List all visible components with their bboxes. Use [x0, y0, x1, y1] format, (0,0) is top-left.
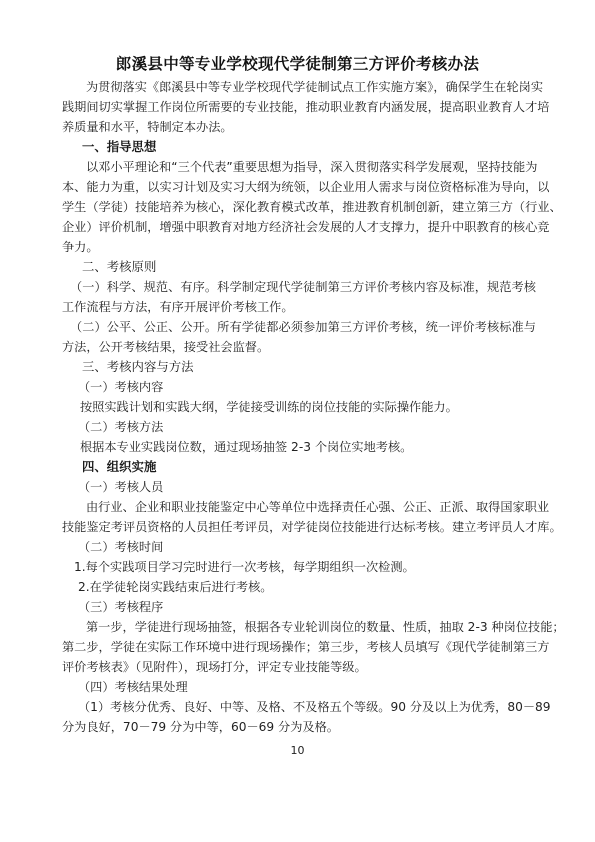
section3-sub2-title: （二）考核方法: [78, 417, 544, 437]
section4-sub3-line-1: 第一步，学徒进行现场抽签，根据各专业轮训岗位的数量、性质，抽取 2-3 种岗位技…: [86, 617, 536, 637]
section1-line-4: 企业）评价机制，增强中职教育对地方经济社会发展的人才支撑力，提升中职教育的核心竞: [62, 217, 536, 237]
section4-sub4-title: （四）考核结果处理: [78, 677, 544, 697]
document-title: 郎溪县中等专业学校现代学徒制第三方评价考核办法: [0, 52, 595, 74]
intro-line-1: 为贯彻落实《郎溪县中等专业学校现代学徒制试点工作实施方案》，确保学生在轮岗实: [86, 77, 536, 97]
intro-line-2: 践期间切实掌握工作岗位所需要的专业技能，推动职业教育内涵发展，提高职业教育人才培: [62, 97, 536, 117]
section3-sub2-text: 根据本专业实践岗位数，通过现场抽签 2-3 个岗位实地考核。: [80, 437, 554, 457]
intro-line-3: 养质量和水平，特制定本办法。: [62, 117, 536, 137]
section2-item2-line-1: （二）公平、公正、公开。所有学徒都必须参加第三方评价考核，统一评价考核标准与: [70, 317, 536, 337]
section4-sub3-line-2: 第二步，学徒在实际工作环境中进行现场操作；第三步，考核人员填写《现代学徒制第三方: [62, 637, 536, 657]
section-heading-implementation: 四、组织实施: [82, 457, 156, 477]
section3-sub1-text: 按照实践计划和实践大纲，学徒接受训练的岗位技能的实际操作能力。: [80, 397, 554, 417]
section4-sub4-line-2: 分为良好，70－79 分为中等，60－69 分为及格。: [62, 717, 536, 737]
section2-item2-line-2: 方法，公开考核结果，接受社会监督。: [62, 337, 536, 357]
section-heading-guiding-ideology: 一、指导思想: [82, 137, 156, 157]
section2-item1-line-1: （一）科学、规范、有序。科学制定现代学徒制第三方评价考核内容及标准，规范考核: [70, 277, 536, 297]
section4-sub1-line-1: 由行业、企业和职业技能鉴定中心等单位中选择责任心强、公正、正派、取得国家职业: [86, 497, 536, 517]
section1-line-3: 学生（学徒）技能培养为核心，深化教育模式改革，推进教育机制创新，建立第三方（行业…: [62, 197, 536, 217]
section4-sub4-line-1: （1）考核分优秀、良好、中等、及格、不及格五个等级。90 分及以上为优秀，80－…: [78, 697, 536, 717]
section1-line-2: 本、能力为重，以实习计划及实习大纲为统领，以企业用人需求与岗位资格标准为导向，以: [62, 177, 536, 197]
section4-sub3-line-3: 评价考核表》（见附件），现场打分，评定专业技能等级。: [62, 657, 536, 677]
section4-sub2-item-2: 2.在学徒轮岗实践结束后进行考核。: [78, 577, 540, 597]
section4-sub1-line-2: 技能鉴定考评员资格的人员担任考评员，对学徒岗位技能进行达标考核。建立考评员人才库…: [62, 517, 536, 537]
section1-line-1: 以邓小平理论和“三个代表”重要思想为指导，深入贯彻落实科学发展观，坚持技能为: [86, 157, 536, 177]
section4-sub2-item-1: 1.每个实践项目学习完时进行一次考核，每学期组织一次检测。: [74, 557, 536, 577]
section4-sub3-title: （三）考核程序: [78, 597, 544, 617]
section-heading-content-methods: 三、考核内容与方法: [82, 357, 194, 377]
section3-sub1-title: （一）考核内容: [78, 377, 544, 397]
section-heading-principles: 二、考核原则: [82, 257, 156, 277]
section4-sub1-title: （一）考核人员: [78, 477, 544, 497]
section4-sub2-title: （二）考核时间: [78, 537, 544, 557]
document-page: 郎溪县中等专业学校现代学徒制第三方评价考核办法 为贯彻落实《郎溪县中等专业学校现…: [0, 0, 595, 842]
section1-line-5: 争力。: [62, 237, 536, 257]
page-number: 10: [0, 744, 595, 757]
section2-item1-line-2: 工作流程与方法，有序开展评价考核工作。: [62, 297, 536, 317]
